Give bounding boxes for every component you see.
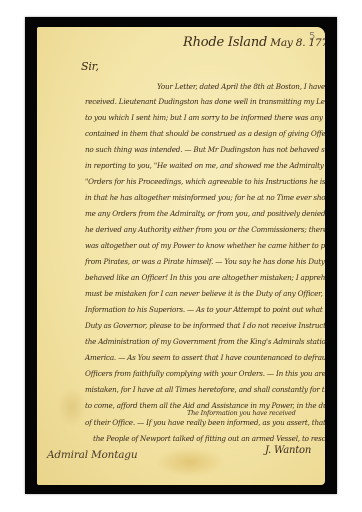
body-line: was altogether out of my Power to know w… (85, 241, 325, 250)
interlinear-insertion: The Information you have received (187, 409, 296, 417)
body-line: of their Office. — If you have really be… (85, 418, 325, 427)
body-line: the People of Newport talked of fitting … (93, 434, 325, 443)
body-line: in that he has altogether misinformed yo… (85, 193, 325, 202)
body-line: must be mistaken for I can never believe… (85, 289, 325, 298)
signature: J. Wanton (265, 445, 311, 456)
body-line: no such thing was intended. — But Mr Dud… (85, 145, 325, 154)
letter-page: 5 Rhode Island May 8. 1772 Sir, Your Let… (37, 27, 325, 485)
salutation: Sir, (81, 60, 99, 73)
body-line: contained in them that should be constru… (85, 129, 325, 138)
body-line: the Administration of my Government from… (85, 337, 325, 346)
document-frame: 5 Rhode Island May 8. 1772 Sir, Your Let… (25, 17, 337, 494)
body-line: to you which I sent him; but I am sorry … (85, 113, 325, 122)
body-line: behaved like an Officer! In this you are… (85, 273, 325, 282)
body-line: from Pirates, or was a Pirate himself. —… (85, 257, 325, 266)
body-line: in reporting to you, "He waited on me, a… (85, 161, 325, 170)
body-line: America. — As You seem to assert that I … (85, 353, 325, 362)
body-line: me any Orders from the Admiralty, or fro… (85, 209, 325, 218)
body-line: "Orders for his Proceedings, which agree… (85, 177, 325, 186)
body-line: he derived any Authority either from you… (85, 225, 325, 234)
heading-date: May 8. 1772 (270, 37, 325, 49)
body-line: Information to his Superiors. — As to yo… (85, 305, 325, 314)
body-line: mistaken, for I have at all Times hereto… (85, 385, 325, 394)
water-stain (155, 447, 225, 477)
body-line: Your Letter, dated April the 8th at Bost… (157, 82, 325, 91)
letter-heading: Rhode Island May 8. 1772 (183, 35, 325, 50)
addressee: Admiral Montagu (47, 449, 137, 461)
body-line: Duty as Governor, please to be informed … (85, 321, 325, 330)
heading-place: Rhode Island (183, 35, 267, 50)
body-line: Officers from faithfully complying with … (85, 369, 325, 378)
water-stain (57, 387, 87, 427)
body-line: received. Lieutenant Dudingston has done… (85, 97, 325, 106)
